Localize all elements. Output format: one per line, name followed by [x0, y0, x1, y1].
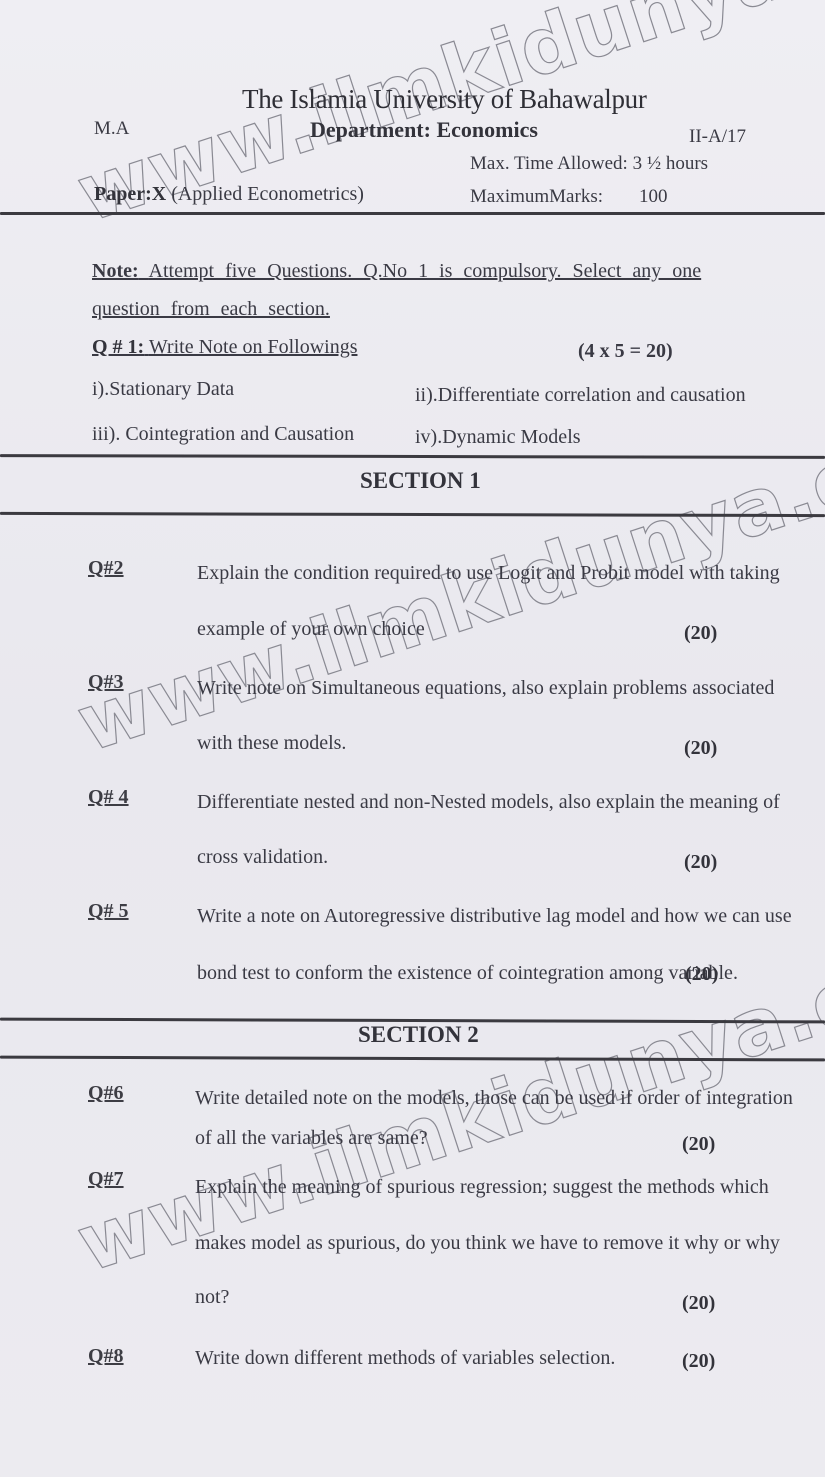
instructions-note: Note: Attempt five Questions. Q.No 1 is …: [92, 252, 742, 328]
question-number: Q#7: [88, 1168, 124, 1191]
time-allowed: Max. Time Allowed: 3 ½ hours: [470, 153, 708, 175]
note-text: Attempt five Questions. Q.No 1 is compul…: [92, 260, 701, 320]
question-marks: (20): [684, 622, 717, 645]
paper-title: Paper:X (Applied Econometrics): [94, 183, 364, 206]
section-2-title: SECTION 2: [358, 1022, 479, 1048]
question-text: example of your own choice: [197, 618, 425, 641]
department-title: Department: Economics: [310, 117, 538, 143]
question-marks: (20): [684, 737, 717, 760]
question-text: of all the variables are same?: [195, 1127, 428, 1150]
question-number: Q#3: [88, 671, 124, 694]
question-text: Explain the condition required to use Lo…: [197, 562, 780, 585]
marks-value: 100: [639, 186, 668, 207]
question-text: Write note on Simultaneous equations, al…: [197, 677, 774, 700]
question-number: Q# 5: [88, 900, 129, 923]
q1-label: Q # 1:: [92, 336, 144, 358]
university-name: The Islamia University of Bahawalpur: [242, 84, 647, 115]
question-text: with these models.: [197, 732, 346, 755]
question-text: Write detailed note on the models, those…: [195, 1087, 793, 1110]
exam-paper: www.ilmkidunya.com www.ilmkidunya.com ww…: [0, 0, 825, 1477]
question-marks: (20): [684, 851, 717, 874]
question-marks: (20): [682, 1292, 715, 1315]
q1-item: iii). Cointegration and Causation: [92, 423, 354, 446]
question-number: Q#2: [88, 557, 124, 580]
question-text: Write down different methods of variable…: [195, 1347, 615, 1370]
q1-item: ii).Differentiate correlation and causat…: [415, 384, 746, 407]
divider: [0, 454, 825, 459]
question-text: bond test to conform the existence of co…: [197, 962, 738, 985]
question-text: not?: [195, 1286, 229, 1309]
paper-code: II-A/17: [689, 126, 746, 148]
section-1-title: SECTION 1: [360, 468, 481, 494]
q1-item: iv).Dynamic Models: [415, 426, 581, 449]
question-number: Q# 4: [88, 786, 129, 809]
question-text: cross validation.: [197, 846, 328, 869]
question-text: Explain the meaning of spurious regressi…: [195, 1176, 769, 1199]
note-label: Note:: [92, 260, 139, 282]
divider: [0, 512, 825, 517]
time-label: Max. Time Allowed:: [470, 153, 628, 174]
question-marks: (20): [682, 1133, 715, 1156]
divider: [0, 212, 825, 215]
marks-label: MaximumMarks:: [470, 186, 603, 207]
q1-title: Write Note on Followings: [149, 336, 358, 358]
question-number: Q#8: [88, 1345, 124, 1368]
question-text: Write a note on Autoregressive distribut…: [197, 905, 792, 928]
degree-label: M.A: [94, 118, 129, 140]
question-marks: (20): [685, 963, 718, 986]
maximum-marks: MaximumMarks:100: [470, 186, 668, 208]
question-text: makes model as spurious, do you think we…: [195, 1232, 780, 1255]
paper-name: (Applied Econometrics): [171, 183, 364, 205]
paper-label: Paper:X: [94, 183, 166, 205]
question-marks: (20): [682, 1350, 715, 1373]
divider: [0, 1056, 825, 1062]
question-text: Differentiate nested and non-Nested mode…: [197, 791, 780, 814]
q1-heading: Q # 1: Write Note on Followings: [92, 336, 357, 359]
question-number: Q#6: [88, 1082, 124, 1105]
time-value: 3 ½ hours: [633, 153, 708, 174]
q1-marks: (4 x 5 = 20): [578, 340, 673, 363]
q1-item: i).Stationary Data: [92, 378, 234, 401]
